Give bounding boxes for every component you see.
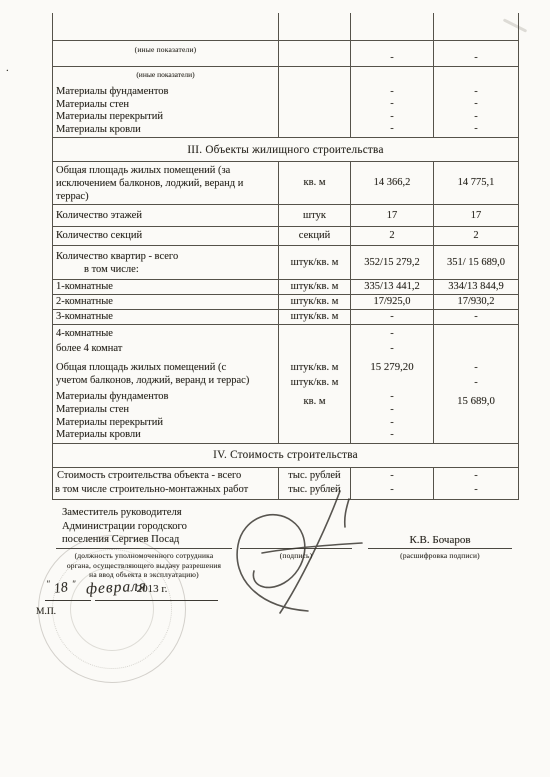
table-row-one-room: 1-комнатные штук/кв. м 335/13 441,2 334/… — [53, 280, 519, 295]
row-value-1: 15 279,20 — [354, 361, 430, 374]
date-underline — [45, 600, 91, 601]
empty-cell — [279, 67, 351, 138]
other-indicators-caption: (иные показатели) — [56, 68, 275, 86]
row-unit: штук/кв. м — [279, 246, 351, 280]
row-unit: штук/кв. м — [282, 375, 347, 390]
row-label: 2-комнатные — [53, 295, 279, 310]
row-value-1: - — [354, 326, 430, 341]
row-value-1: 14 366,2 — [351, 162, 434, 205]
row-value-1: - — [354, 86, 430, 99]
row-value-2: 14 775,1 — [434, 162, 519, 205]
row-label: Общая площадь жилых помещений (с учетом … — [56, 361, 256, 387]
row-label: Общая площадь жилых помещений (за исключ… — [53, 162, 279, 205]
other-indicators-caption: (иные показатели) — [53, 41, 279, 67]
row-value-2: - — [437, 375, 515, 390]
section-iii-title: III. Объекты жилищного строительства — [53, 138, 519, 162]
table-row-sections: Количество секций секций 2 2 — [53, 227, 519, 246]
position-caption-line: органа, осуществляющего выдачу разрешени… — [38, 561, 250, 571]
row-unit: штук — [279, 205, 351, 227]
row-value-1: - — [354, 391, 430, 404]
merged-values-2: - - 15 689,0 — [434, 325, 519, 443]
empty-cell — [279, 13, 351, 41]
date-day: 18 — [53, 580, 69, 598]
row-unit: штук/кв. м — [282, 360, 347, 375]
row-value-2: 334/13 844,9 — [434, 280, 519, 295]
row-value-1: - — [354, 111, 430, 124]
quote-mark: " — [46, 579, 50, 589]
row-label: Материалы стен — [56, 404, 275, 417]
row-unit: секций — [279, 227, 351, 246]
row-value-1: - — [354, 429, 430, 442]
table-row-other-indicators-2: (иные показатели) Материалы фундаментов … — [53, 67, 519, 138]
row-label: более 4 комнат — [56, 341, 275, 356]
position-caption-line: (должность уполномоченного сотрудника — [38, 551, 250, 561]
row-value-1: - — [354, 98, 430, 111]
position-caption: (должность уполномоченного сотрудника ор… — [38, 551, 250, 580]
quote-mark: " — [72, 579, 76, 589]
materials-values-2: - - - - — [434, 67, 519, 138]
row-value-1: 17/925,0 — [351, 295, 434, 310]
row-label-text: Количество квартир - всего — [56, 250, 275, 263]
row-label: Материалы перекрытий — [56, 417, 275, 430]
table-row-merged-block: 4-комнатные более 4 комнат Общая площадь… — [53, 325, 519, 443]
row-value-1: - — [351, 310, 434, 325]
row-label: 3-комнатные — [53, 310, 279, 325]
section-iv-title: IV. Стоимость строительства — [53, 443, 519, 467]
row-label: Количество этажей — [53, 205, 279, 227]
materials-values-1: - - - - — [351, 67, 434, 138]
row-value-2: - — [434, 310, 519, 325]
empty-cell — [279, 41, 351, 67]
row-value-2: 2 — [434, 227, 519, 246]
row-value-1: 352/15 279,2 — [351, 246, 434, 280]
merged-unit-cell: штук/кв. м штук/кв. м кв. м — [279, 325, 351, 443]
row-label: Материалы фундаментов — [56, 391, 275, 404]
row-value-1: 2 — [351, 227, 434, 246]
row-value-1: - — [351, 41, 434, 67]
date-underline — [95, 600, 218, 601]
date-month: февраля — [85, 577, 147, 598]
row-value-2: - — [437, 98, 515, 111]
handwritten-signature — [228, 487, 370, 617]
section-iv-header-row: IV. Стоимость строительства — [53, 443, 519, 467]
row-value-1: - — [354, 417, 430, 430]
row-value-1: 335/13 441,2 — [351, 280, 434, 295]
row-value-1: - — [354, 404, 430, 417]
row-value-2: - — [437, 360, 515, 375]
row-label: Материалы фундаментов — [56, 86, 275, 99]
section-iii-header-row: III. Объекты жилищного строительства — [53, 138, 519, 162]
row-value-2: - — [437, 123, 515, 136]
row-value-1: - — [354, 123, 430, 136]
empty-cell — [434, 13, 519, 41]
row-value-2: 17 — [434, 205, 519, 227]
row-unit: кв. м — [279, 162, 351, 205]
row-value-2: 351/ 15 689,0 — [434, 246, 519, 280]
row-label: Материалы перекрытий — [56, 111, 275, 124]
position-line — [56, 548, 232, 549]
table-row-apartments-total: Количество квартир - всего в том числе: … — [53, 246, 519, 280]
materials-label-cell: (иные показатели) Материалы фундаментов … — [53, 67, 279, 138]
row-label: 1-комнатные — [53, 280, 279, 295]
row-value-1: - — [354, 341, 430, 356]
row-label: 4-комнатные — [56, 326, 275, 341]
row-unit: штук/кв. м — [279, 310, 351, 325]
row-value-2: - — [437, 86, 515, 99]
signature-block: Заместитель руководителя Администрации г… — [0, 481, 550, 777]
row-value-2: - — [434, 41, 519, 67]
date-line: " 18 " февраля 2013 г. — [46, 579, 167, 597]
row-unit: штук/кв. м — [279, 295, 351, 310]
row-value-2: 17/930,2 — [434, 295, 519, 310]
row-label: Количество секций — [53, 227, 279, 246]
row-label: Материалы кровли — [56, 429, 275, 442]
row-label-text: Общая площадь жилых помещений (за исключ… — [56, 164, 256, 203]
row-unit: штук/кв. м — [279, 280, 351, 295]
signer-name: К.В. Бочаров — [368, 534, 512, 546]
name-line — [368, 548, 512, 549]
row-value-2: 15 689,0 — [437, 395, 515, 408]
row-unit: кв. м — [282, 395, 347, 408]
indicators-table: (иные показатели) - - (иные показатели) … — [52, 13, 519, 500]
row-value-2: - — [437, 111, 515, 124]
row-value-1: 17 — [351, 205, 434, 227]
table-row-total-area-excl: Общая площадь жилых помещений (за исключ… — [53, 162, 519, 205]
row-label: Количество квартир - всего в том числе: — [53, 246, 279, 280]
row-label: Материалы кровли — [56, 124, 275, 137]
scan-dot: . — [6, 62, 9, 74]
table-row-two-room: 2-комнатные штук/кв. м 17/925,0 17/930,2 — [53, 295, 519, 310]
empty-cell — [351, 13, 434, 41]
table-row-three-room: 3-комнатные штук/кв. м - - — [53, 310, 519, 325]
caption-text: (иные показатели) — [56, 44, 275, 57]
row-label: Материалы стен — [56, 99, 275, 112]
stamp-place-label: М.П. — [36, 607, 56, 617]
empty-cell — [53, 13, 279, 41]
name-caption: (расшифровка подписи) — [368, 551, 512, 561]
merged-values-1: - - 15 279,20 - - - - — [351, 325, 434, 443]
merged-label-cell: 4-комнатные более 4 комнат Общая площадь… — [53, 325, 279, 443]
table-row-empty — [53, 13, 519, 41]
table-row-floors: Количество этажей штук 17 17 — [53, 205, 519, 227]
table-row-other-indicators-1: (иные показатели) - - — [53, 41, 519, 67]
row-sublabel-text: в том числе: — [56, 263, 275, 276]
